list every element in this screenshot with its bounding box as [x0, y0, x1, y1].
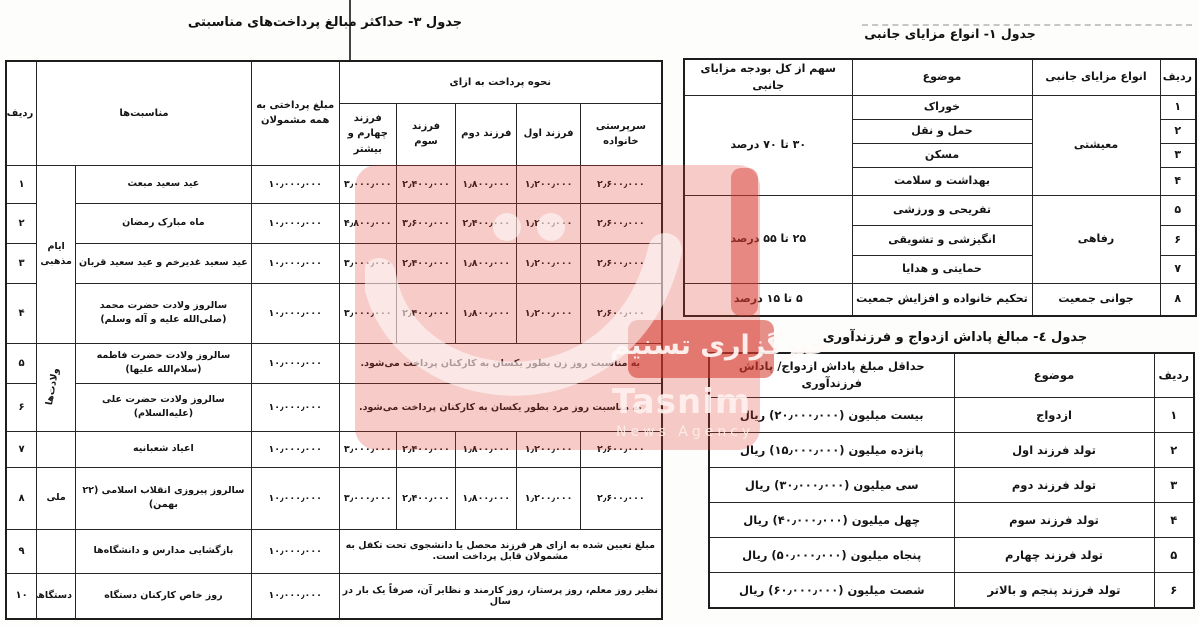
- row-number-cell: ۷: [1160, 256, 1196, 284]
- scanned-document-page: { "table3": { "title": "جدول ۳- حداکثر م…: [0, 0, 1199, 625]
- row-number-cell: ۸: [1160, 284, 1196, 316]
- topic-cell: تولد فرزند چهارم: [954, 537, 1154, 572]
- col-header-row-no: ردیف: [1160, 59, 1196, 96]
- amount-all-cell: ۱۰٫۰۰۰٫۰۰۰: [251, 203, 339, 243]
- occasion-payments-table: نحوه پرداخت به ازای مبلغ پرداختی به همه …: [5, 60, 663, 620]
- amount-all-cell: ۱۰٫۰۰۰٫۰۰۰: [251, 165, 339, 203]
- row-number-cell: ۲: [1154, 432, 1194, 467]
- amount-all-cell: ۱۰٫۰۰۰٫۰۰۰: [251, 243, 339, 283]
- budget-share-cell: ۳۰ تا ۷۰ درصد: [684, 96, 852, 196]
- scan-fold-line: [349, 0, 351, 60]
- payment-note-cell: به مناسبت روز زن بطور یکسان به کارکنان پ…: [339, 343, 662, 383]
- child1-cell: ۱٫۲۰۰٫۰۰۰: [517, 243, 580, 283]
- budget-share-cell: ۲۵ تا ۵۵ درصد: [684, 196, 852, 284]
- category-cell-births: ولادت‌ها: [37, 343, 76, 431]
- benefit-type-cell: جوانی جمعیت: [1032, 284, 1160, 316]
- category-cell-empty: [37, 529, 76, 573]
- child3-cell: ۲٫۴۰۰٫۰۰۰: [396, 431, 455, 467]
- row-number-cell: ۳: [1154, 467, 1194, 502]
- child1-cell: ۱٫۲۰۰٫۰۰۰: [517, 431, 580, 467]
- row-number-cell: ۳: [1160, 144, 1196, 168]
- payment-note-cell: نظیر روز معلم، روز پرستار، روز کارمند و …: [339, 573, 662, 619]
- topic-cell: تولد فرزند سوم: [954, 502, 1154, 537]
- bonus-amount-cell: پانزده میلیون (۱۵٫۰۰۰٫۰۰۰) ریال: [709, 432, 954, 467]
- child3-cell: ۲٫۴۰۰٫۰۰۰: [396, 165, 455, 203]
- head-of-family-cell: ۲٫۶۰۰٫۰۰۰: [580, 467, 662, 529]
- payment-note-cell: مبلغ تعیین شده به ازای هر فرزند محصل یا …: [339, 529, 662, 573]
- child2-cell: ۲٫۴۰۰٫۰۰۰: [456, 203, 517, 243]
- child2-cell: ۱٫۸۰۰٫۰۰۰: [456, 467, 517, 529]
- child4-cell: ۳٫۰۰۰٫۰۰۰: [339, 467, 396, 529]
- table-row: ۲٫۶۰۰٫۰۰۰ ۱٫۲۰۰٫۰۰۰ ۱٫۸۰۰٫۰۰۰ ۲٫۴۰۰٫۰۰۰ …: [6, 165, 662, 203]
- row-number-cell: ۲: [6, 203, 37, 243]
- bonus-amount-cell: پنجاه میلیون (۵۰٫۰۰۰٫۰۰۰) ریال: [709, 537, 954, 572]
- table-row: ۸ جوانی جمعیت تحکیم خانواده و افزایش جمع…: [684, 284, 1196, 316]
- col-header-child3: فرزند سوم: [396, 103, 455, 165]
- occasion-cell: بازگشایی مدارس و دانشگاه‌ها: [76, 529, 252, 573]
- topic-cell: خوراک: [852, 96, 1032, 120]
- table-row: مبلغ تعیین شده به ازای هر فرزند محصل یا …: [6, 529, 662, 573]
- row-number-cell: ۵: [6, 343, 37, 383]
- category-cell-empty: [37, 431, 76, 467]
- row-number-cell: ۶: [1154, 572, 1194, 608]
- amount-all-cell: ۱۰٫۰۰۰٫۰۰۰: [251, 343, 339, 383]
- occasion-cell: اعیاد شعبانیه: [76, 431, 252, 467]
- row-number-cell: ۱: [1154, 397, 1194, 432]
- occasion-cell: سالروز ولادت حضرت فاطمه (سلام‌الله علیها…: [76, 343, 252, 383]
- benefit-type-cell: رفاهی: [1032, 196, 1160, 284]
- occasion-cell: سالروز پیروزی انقلاب اسلامی (۲۲ بهمن): [76, 467, 252, 529]
- table1-header-row: ردیف انواع مزایای جانبی موضوع سهم از کل …: [684, 59, 1196, 96]
- table-row: ۶ تولد فرزند پنجم و بالاتر شصت میلیون (۶…: [709, 572, 1194, 608]
- head-of-family-cell: ۲٫۶۰۰٫۰۰۰: [580, 165, 662, 203]
- child4-cell: ۳٫۰۰۰٫۰۰۰: [339, 283, 396, 343]
- table-row: ۱ ازدواج بیست میلیون (۲۰٫۰۰۰٫۰۰۰) ریال: [709, 397, 1194, 432]
- head-of-family-cell: ۲٫۶۰۰٫۰۰۰: [580, 243, 662, 283]
- table-row: ۲٫۶۰۰٫۰۰۰ ۱٫۲۰۰٫۰۰۰ ۱٫۸۰۰٫۰۰۰ ۲٫۴۰۰٫۰۰۰ …: [6, 283, 662, 343]
- child2-cell: ۱٫۸۰۰٫۰۰۰: [456, 283, 517, 343]
- table3-header-group-row: نحوه پرداخت به ازای مبلغ پرداختی به همه …: [6, 61, 662, 103]
- col-header-row-no: ردیف: [1154, 353, 1194, 397]
- child3-cell: ۲٫۴۰۰٫۰۰۰: [396, 243, 455, 283]
- child4-cell: ۴٫۸۰۰٫۰۰۰: [339, 203, 396, 243]
- col-header-benefit-type: انواع مزایای جانبی: [1032, 59, 1160, 96]
- topic-cell: تفریحی و ورزشی: [852, 196, 1032, 226]
- table-row: ۲٫۶۰۰٫۰۰۰ ۱٫۲۰۰٫۰۰۰ ۱٫۸۰۰٫۰۰۰ ۲٫۴۰۰٫۰۰۰ …: [6, 467, 662, 529]
- row-number-cell: ۱۰: [6, 573, 37, 619]
- row-number-cell: ۸: [6, 467, 37, 529]
- row-number-cell: ۴: [6, 283, 37, 343]
- col-header-child4: فرزند چهارم و بیشتر: [339, 103, 396, 165]
- col-header-amount-all: مبلغ پرداختی به همه مشمولان: [251, 61, 339, 165]
- table-row: ۳ تولد فرزند دوم سی میلیون (۳۰٫۰۰۰٫۰۰۰) …: [709, 467, 1194, 502]
- occasion-cell: عید سعید غدیرخم و عید سعید قربان: [76, 243, 252, 283]
- child4-cell: ۳٫۰۰۰٫۰۰۰: [339, 243, 396, 283]
- topic-cell: تولد فرزند اول: [954, 432, 1154, 467]
- child1-cell: ۱٫۲۰۰٫۰۰۰: [517, 203, 580, 243]
- bonus-amount-cell: سی میلیون (۳۰٫۰۰۰٫۰۰۰) ریال: [709, 467, 954, 502]
- table-row: ۵ تولد فرزند چهارم پنجاه میلیون (۵۰٫۰۰۰٫…: [709, 537, 1194, 572]
- amount-all-cell: ۱۰٫۰۰۰٫۰۰۰: [251, 383, 339, 431]
- table-row: ۴ تولد فرزند سوم چهل میلیون (۴۰٫۰۰۰٫۰۰۰)…: [709, 502, 1194, 537]
- head-of-family-cell: ۲٫۶۰۰٫۰۰۰: [580, 283, 662, 343]
- child2-cell: ۱٫۸۰۰٫۰۰۰: [456, 431, 517, 467]
- row-number-cell: ۶: [1160, 226, 1196, 256]
- occasion-cell: عید سعید مبعث: [76, 165, 252, 203]
- occasion-cell: روز خاص کارکنان دستگاه: [76, 573, 252, 619]
- table-row: ۵ رفاهی تفریحی و ورزشی ۲۵ تا ۵۵ درصد: [684, 196, 1196, 226]
- table-row: ۲٫۶۰۰٫۰۰۰ ۱٫۲۰۰٫۰۰۰ ۱٫۸۰۰٫۰۰۰ ۲٫۴۰۰٫۰۰۰ …: [6, 431, 662, 467]
- category-cell-national: ملی: [37, 467, 76, 529]
- child3-cell: ۲٫۴۰۰٫۰۰۰: [396, 283, 455, 343]
- row-number-cell: ۷: [6, 431, 37, 467]
- child2-cell: ۱٫۸۰۰٫۰۰۰: [456, 243, 517, 283]
- row-number-cell: ۵: [1160, 196, 1196, 226]
- amount-all-cell: ۱۰٫۰۰۰٫۰۰۰: [251, 467, 339, 529]
- topic-cell: مسکن: [852, 144, 1032, 168]
- benefit-type-cell: معیشتی: [1032, 96, 1160, 196]
- row-number-cell: ۹: [6, 529, 37, 573]
- table4-header-row: ردیف موضوع حداقل مبلغ پاداش ازدواج/ پادا…: [709, 353, 1194, 397]
- child2-cell: ۱٫۸۰۰٫۰۰۰: [456, 165, 517, 203]
- table-row: به مناسبت روز مرد بطور یکسان به کارکنان …: [6, 383, 662, 431]
- topic-cell: تولد فرزند دوم: [954, 467, 1154, 502]
- category-cell-religious: ایام مذهبی: [37, 165, 76, 343]
- bonus-amount-cell: شصت میلیون (۶۰٫۰۰۰٫۰۰۰) ریال: [709, 572, 954, 608]
- child1-cell: ۱٫۲۰۰٫۰۰۰: [517, 283, 580, 343]
- bonus-amount-cell: بیست میلیون (۲۰٫۰۰۰٫۰۰۰) ریال: [709, 397, 954, 432]
- col-header-per-group: نحوه پرداخت به ازای: [339, 61, 662, 103]
- budget-share-cell: ۵ تا ۱۵ درصد: [684, 284, 852, 316]
- child3-cell: ۳٫۶۰۰٫۰۰۰: [396, 203, 455, 243]
- topic-cell: تحکیم خانواده و افزایش جمعیت: [852, 284, 1032, 316]
- table-row: به مناسبت روز زن بطور یکسان به کارکنان پ…: [6, 343, 662, 383]
- amount-all-cell: ۱۰٫۰۰۰٫۰۰۰: [251, 431, 339, 467]
- amount-all-cell: ۱۰٫۰۰۰٫۰۰۰: [251, 283, 339, 343]
- table-row: ۱ معیشتی خوراک ۳۰ تا ۷۰ درصد: [684, 96, 1196, 120]
- topic-cell: حمایتی و هدایا: [852, 256, 1032, 284]
- row-number-cell: ۳: [6, 243, 37, 283]
- head-of-family-cell: ۲٫۶۰۰٫۰۰۰: [580, 203, 662, 243]
- occasion-cell: سالروز ولادت حضرت محمد (صلی‌الله علیه و …: [76, 283, 252, 343]
- payment-note-cell: به مناسبت روز مرد بطور یکسان به کارکنان …: [339, 383, 662, 431]
- category-births-label: ولادت‌ها: [43, 367, 64, 407]
- row-number-cell: ۲: [1160, 120, 1196, 144]
- col-header-topic: موضوع: [954, 353, 1154, 397]
- col-header-occasions: مناسبت‌ها: [37, 61, 252, 165]
- row-number-cell: ۴: [1160, 168, 1196, 196]
- topic-cell: حمل و نقل: [852, 120, 1032, 144]
- marriage-bonus-title: جدول ٤- مبالغ پاداش ازدواج و فرزندآوری: [790, 330, 1120, 345]
- topic-cell: ازدواج: [954, 397, 1154, 432]
- col-header-min-bonus: حداقل مبلغ پاداش ازدواج/ پاداش فرزندآوری: [709, 353, 954, 397]
- row-number-cell: ۱: [1160, 96, 1196, 120]
- row-number-cell: ۴: [1154, 502, 1194, 537]
- col-header-head-of-family: سرپرستی خانواده: [580, 103, 662, 165]
- table-row: ۲ تولد فرزند اول پانزده میلیون (۱۵٫۰۰۰٫۰…: [709, 432, 1194, 467]
- category-cell-organizational: دستگاهی: [37, 573, 76, 619]
- occasion-payments-title: جدول ۳- حداکثر مبالغ پرداخت‌های مناسبتی: [170, 15, 480, 30]
- table-row: نظیر روز معلم، روز پرستار، روز کارمند و …: [6, 573, 662, 619]
- row-number-cell: ۵: [1154, 537, 1194, 572]
- table-row: ۲٫۶۰۰٫۰۰۰ ۱٫۲۰۰٫۰۰۰ ۱٫۸۰۰٫۰۰۰ ۲٫۴۰۰٫۰۰۰ …: [6, 243, 662, 283]
- col-header-child2: فرزند دوم: [456, 103, 517, 165]
- child1-cell: ۱٫۲۰۰٫۰۰۰: [517, 165, 580, 203]
- row-number-cell: ۱: [6, 165, 37, 203]
- occasion-cell: سالروز ولادت حضرت علی (علیه‌السلام): [76, 383, 252, 431]
- child4-cell: ۳٫۰۰۰٫۰۰۰: [339, 431, 396, 467]
- side-benefits-title: جدول ۱- انواع مزایای جانبی: [830, 26, 1070, 41]
- amount-all-cell: ۱۰٫۰۰۰٫۰۰۰: [251, 529, 339, 573]
- topic-cell: تولد فرزند پنجم و بالاتر: [954, 572, 1154, 608]
- child3-cell: ۲٫۴۰۰٫۰۰۰: [396, 467, 455, 529]
- topic-cell: بهداشت و سلامت: [852, 168, 1032, 196]
- col-header-child1: فرزند اول: [517, 103, 580, 165]
- marriage-bonus-table: ردیف موضوع حداقل مبلغ پاداش ازدواج/ پادا…: [708, 352, 1195, 609]
- child1-cell: ۱٫۲۰۰٫۰۰۰: [517, 467, 580, 529]
- side-benefits-table: ردیف انواع مزایای جانبی موضوع سهم از کل …: [683, 58, 1197, 317]
- table-row: ۲٫۶۰۰٫۰۰۰ ۱٫۲۰۰٫۰۰۰ ۲٫۴۰۰٫۰۰۰ ۳٫۶۰۰٫۰۰۰ …: [6, 203, 662, 243]
- head-of-family-cell: ۲٫۶۰۰٫۰۰۰: [580, 431, 662, 467]
- col-header-budget-share: سهم از کل بودجه مزایای جانبی: [684, 59, 852, 96]
- col-header-topic: موضوع: [852, 59, 1032, 96]
- bonus-amount-cell: چهل میلیون (۴۰٫۰۰۰٫۰۰۰) ریال: [709, 502, 954, 537]
- occasion-cell: ماه مبارک رمضان: [76, 203, 252, 243]
- row-number-cell: ۶: [6, 383, 37, 431]
- child4-cell: ۳٫۰۰۰٫۰۰۰: [339, 165, 396, 203]
- col-header-row-no: ردیف: [6, 61, 37, 165]
- amount-all-cell: ۱۰٫۰۰۰٫۰۰۰: [251, 573, 339, 619]
- topic-cell: انگیزشی و تشویقی: [852, 226, 1032, 256]
